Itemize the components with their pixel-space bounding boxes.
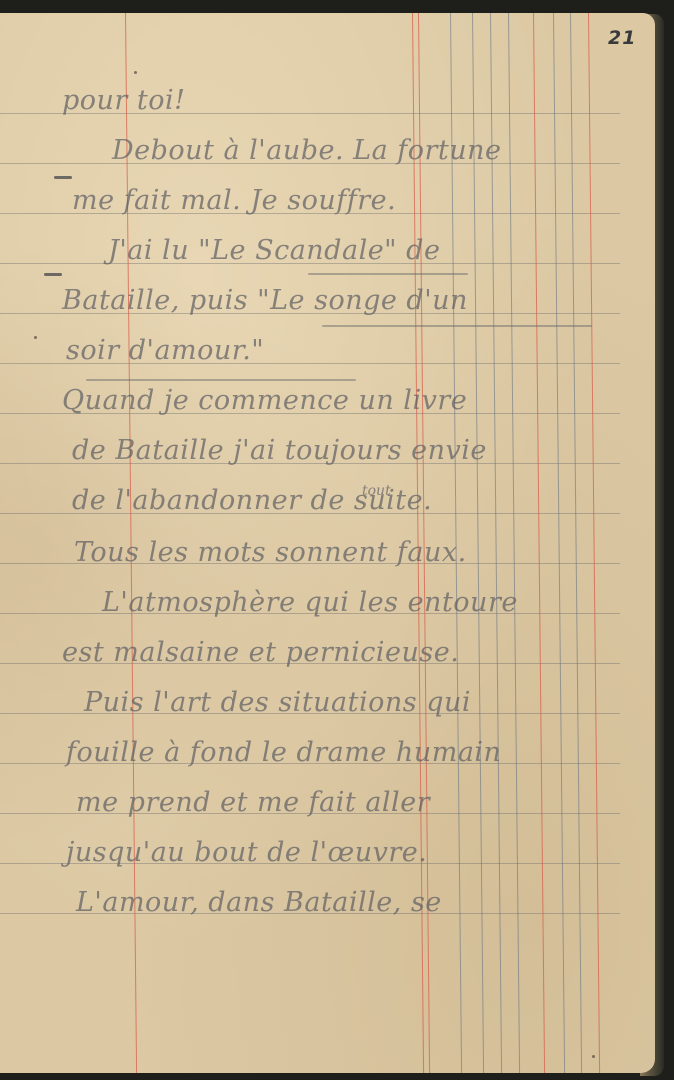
handwritten-line: J'ai lu "Le Scandale" de (108, 237, 440, 264)
title-underline (86, 379, 356, 381)
handwritten-line: fouille à fond le drame humain (66, 739, 501, 766)
handwritten-line: L'amour, dans Bataille, se (76, 889, 442, 916)
handwritten-line: pour toi! (62, 87, 186, 114)
title-underline (308, 273, 468, 275)
column-rule-gray (553, 13, 565, 1073)
paper-speck (134, 71, 137, 74)
dash-mark (44, 273, 62, 276)
column-rule-red (533, 13, 545, 1073)
dash-mark (54, 176, 72, 179)
handwritten-line: Tous les mots sonnent faux. (74, 539, 467, 566)
handwritten-line: L'atmosphère qui les entoure (102, 589, 518, 616)
handwritten-line: me prend et me fait aller (76, 789, 430, 816)
notebook-page: 21 pour toi! Debout à l'aube. La fortune… (0, 13, 655, 1073)
column-rule-gray (472, 13, 484, 1073)
handwritten-line: jusqu'au bout de l'œuvre. (66, 839, 427, 866)
title-underline (322, 325, 592, 327)
column-rule-gray (570, 13, 582, 1073)
paper-speck (592, 1055, 595, 1058)
paper-speck (34, 336, 37, 339)
handwritten-line: Puis l'art des situations qui (84, 689, 471, 716)
handwritten-line: est malsaine et pernicieuse. (62, 639, 459, 666)
page-number: 21 (608, 27, 636, 49)
handwritten-line: Quand je commence un livre (62, 387, 467, 414)
column-rule-gray (508, 13, 520, 1073)
handwritten-line: Bataille, puis "Le songe d'un (62, 287, 468, 314)
handwritten-line: Debout à l'aube. La fortune (112, 137, 502, 164)
handwritten-line: de Bataille j'ai toujours envie (72, 437, 487, 464)
handwritten-line: de l'abandonner de suite. (72, 487, 432, 514)
handwritten-line: me fait mal. Je souffre. (72, 187, 396, 214)
handwritten-line: soir d'amour." (66, 337, 264, 364)
column-rule-red (588, 13, 600, 1073)
column-rule-gray (490, 13, 502, 1073)
